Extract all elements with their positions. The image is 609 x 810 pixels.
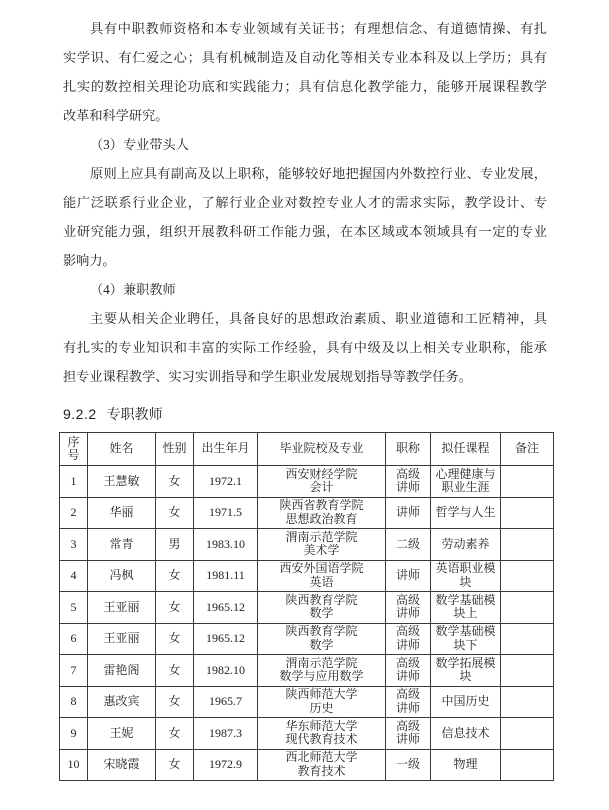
cell-birth-date: 1965.12 (194, 623, 258, 655)
section-heading-fulltime-teachers: 9.2.2专职教师 (63, 401, 547, 428)
cell-notes (501, 529, 554, 561)
cell-birth-date: 1987.3 (194, 718, 258, 750)
cell-name: 王妮 (88, 718, 156, 750)
cell-title: 讲师 (386, 560, 431, 592)
cell-birth-date: 1981.11 (194, 560, 258, 592)
cell-gender: 女 (156, 655, 194, 687)
cell-courses: 心理健康与 职业生涯 (431, 466, 501, 498)
cell-birth-date: 1972.9 (194, 749, 258, 781)
cell-birth-date: 1983.10 (194, 529, 258, 561)
cell-gender: 女 (156, 686, 194, 718)
cell-title: 高级 讲师 (386, 655, 431, 687)
cell-courses: 物理 (431, 749, 501, 781)
section-title: 专职教师 (107, 408, 163, 423)
cell-notes (501, 623, 554, 655)
header-courses: 拟任课程 (431, 433, 501, 466)
header-serial-number: 序 号 (60, 433, 88, 466)
paragraph-teacher-requirements: 具有中职教师资格和本专业领域有关证书；有理想信念、有道德情操、有扎实学识、有仁爱… (63, 14, 547, 130)
cell-notes (501, 592, 554, 624)
cell-school-major: 渭南示范学院 美术学 (258, 529, 386, 561)
table-row: 7 雷艳阁 女 1982.10 渭南示范学院 数学与应用数学 高级 讲师 数学拓… (60, 655, 554, 687)
cell-serial-number: 4 (60, 560, 88, 592)
paragraph-line: 扎实的数控相关理论功底和实践能力；具有信息化教学能力，能够开展课程教学 (63, 72, 547, 101)
cell-school-major: 陕西省教育学院 思想政治教育 (258, 497, 386, 529)
cell-gender: 女 (156, 623, 194, 655)
cell-serial-number: 2 (60, 497, 88, 529)
cell-title: 讲师 (386, 497, 431, 529)
heading-parttime-teachers: （4）兼职教师 (63, 275, 547, 304)
table-row: 6 王亚丽 女 1965.12 陕西教育学院 数学 高级 讲师 数学基础模 块下 (60, 623, 554, 655)
teachers-table: 序 号 姓名 性别 出生年月 毕业院校及专业 职称 拟任课程 备注 1 (59, 432, 554, 781)
header-title: 职称 (386, 433, 431, 466)
cell-title: 高级 讲师 (386, 718, 431, 750)
cell-title: 高级 讲师 (386, 623, 431, 655)
cell-gender: 女 (156, 466, 194, 498)
cell-birth-date: 1965.12 (194, 592, 258, 624)
cell-courses: 数学拓展模 块 (431, 655, 501, 687)
header-school-major: 毕业院校及专业 (258, 433, 386, 466)
document-page: 具有中职教师资格和本专业领域有关证书；有理想信念、有道德情操、有扎实学识、有仁爱… (0, 0, 609, 810)
cell-courses: 哲学与人生 (431, 497, 501, 529)
cell-name: 惠改宾 (88, 686, 156, 718)
cell-birth-date: 1972.1 (194, 466, 258, 498)
paragraph-line: 有扎实的专业知识和丰富的实际工作经验，具有中级及以上相关专业职称，能承 (63, 333, 547, 362)
cell-title: 一级 (386, 749, 431, 781)
paragraph-parttime-teachers: 主要从相关企业聘任，具备良好的思想政治素质、职业道德和工匠精神，具有扎实的专业知… (63, 304, 547, 391)
cell-name: 宋晓霞 (88, 749, 156, 781)
table-row: 1 王慧敏 女 1972.1 西安财经学院 会计 高级 讲师 心理健康与 职业生… (60, 466, 554, 498)
table-row: 4 冯枫 女 1981.11 西安外国语学院 英语 讲师 英语职业模 块 (60, 560, 554, 592)
cell-serial-number: 8 (60, 686, 88, 718)
header-name: 姓名 (88, 433, 156, 466)
cell-gender: 男 (156, 529, 194, 561)
paragraph-line: 具有中职教师资格和本专业领域有关证书；有理想信念、有道德情操、有扎 (63, 14, 547, 43)
cell-gender: 女 (156, 749, 194, 781)
header-notes: 备注 (501, 433, 554, 466)
paragraph-line: 业研究能力强，组织开展教科研工作能力强，在本区域或本领域具有一定的专业 (63, 217, 547, 246)
table-row: 8 惠改宾 女 1965.7 陕西师范大学 历史 高级 讲师 中国历史 (60, 686, 554, 718)
cell-title: 高级 讲师 (386, 592, 431, 624)
cell-title: 高级 讲师 (386, 466, 431, 498)
cell-school-major: 陕西教育学院 数学 (258, 592, 386, 624)
table-row: 10 宋晓霞 女 1972.9 西北师范大学 教育技术 一级 物理 (60, 749, 554, 781)
heading-professional-leader: （3）专业带头人 (63, 130, 547, 159)
cell-notes (501, 560, 554, 592)
cell-notes (501, 749, 554, 781)
cell-birth-date: 1971.5 (194, 497, 258, 529)
cell-name: 冯枫 (88, 560, 156, 592)
cell-gender: 女 (156, 497, 194, 529)
cell-title: 二级 (386, 529, 431, 561)
cell-serial-number: 7 (60, 655, 88, 687)
document-body: 具有中职教师资格和本专业领域有关证书；有理想信念、有道德情操、有扎实学识、有仁爱… (63, 14, 547, 781)
cell-name: 华丽 (88, 497, 156, 529)
cell-notes (501, 655, 554, 687)
cell-notes (501, 466, 554, 498)
cell-courses: 劳动素养 (431, 529, 501, 561)
cell-serial-number: 5 (60, 592, 88, 624)
cell-school-major: 渭南示范学院 数学与应用数学 (258, 655, 386, 687)
cell-serial-number: 3 (60, 529, 88, 561)
cell-courses: 数学基础模 块下 (431, 623, 501, 655)
cell-name: 王亚丽 (88, 592, 156, 624)
cell-name: 王亚丽 (88, 623, 156, 655)
cell-serial-number: 10 (60, 749, 88, 781)
cell-school-major: 西安外国语学院 英语 (258, 560, 386, 592)
paragraph-line: 能广泛联系行业企业，了解行业企业对数控专业人才的需求实际，教学设计、专 (63, 188, 547, 217)
cell-courses: 中国历史 (431, 686, 501, 718)
table-row: 2 华丽 女 1971.5 陕西省教育学院 思想政治教育 讲师 哲学与人生 (60, 497, 554, 529)
paragraph-line: 影响力。 (63, 246, 547, 275)
header-birth-date: 出生年月 (194, 433, 258, 466)
cell-school-major: 西安财经学院 会计 (258, 466, 386, 498)
cell-serial-number: 1 (60, 466, 88, 498)
cell-birth-date: 1965.7 (194, 686, 258, 718)
paragraph-line: 改革和科学研究。 (63, 101, 547, 130)
paragraph-line: 主要从相关企业聘任，具备良好的思想政治素质、职业道德和工匠精神，具 (63, 304, 547, 333)
section-number: 9.2.2 (63, 406, 97, 422)
cell-serial-number: 6 (60, 623, 88, 655)
cell-school-major: 陕西师范大学 历史 (258, 686, 386, 718)
table-row: 5 王亚丽 女 1965.12 陕西教育学院 数学 高级 讲师 数学基础模 块上 (60, 592, 554, 624)
cell-gender: 女 (156, 592, 194, 624)
cell-notes (501, 497, 554, 529)
paragraph-professional-leader: 原则上应具有副高及以上职称，能够较好地把握国内外数控行业、专业发展，能广泛联系行… (63, 159, 547, 275)
cell-name: 雷艳阁 (88, 655, 156, 687)
paragraph-line: 担专业课程教学、实习实训指导和学生职业发展规划指导等教学任务。 (63, 362, 547, 391)
cell-birth-date: 1982.10 (194, 655, 258, 687)
table-row: 9 王妮 女 1987.3 华东师范大学 现代教育技术 高级 讲师 信息技术 (60, 718, 554, 750)
teachers-table-wrapper: 序 号 姓名 性别 出生年月 毕业院校及专业 职称 拟任课程 备注 1 (59, 432, 553, 781)
cell-gender: 女 (156, 718, 194, 750)
cell-notes (501, 686, 554, 718)
table-row: 3 常青 男 1983.10 渭南示范学院 美术学 二级 劳动素养 (60, 529, 554, 561)
table-header-row: 序 号 姓名 性别 出生年月 毕业院校及专业 职称 拟任课程 备注 (60, 433, 554, 466)
cell-serial-number: 9 (60, 718, 88, 750)
paragraph-line: 实学识、有仁爱之心；具有机械制造及自动化等相关专业本科及以上学历；具有 (63, 43, 547, 72)
cell-courses: 数学基础模 块上 (431, 592, 501, 624)
cell-school-major: 西北师范大学 教育技术 (258, 749, 386, 781)
cell-title: 高级 讲师 (386, 686, 431, 718)
cell-school-major: 陕西教育学院 数学 (258, 623, 386, 655)
cell-notes (501, 718, 554, 750)
cell-name: 王慧敏 (88, 466, 156, 498)
cell-courses: 信息技术 (431, 718, 501, 750)
cell-school-major: 华东师范大学 现代教育技术 (258, 718, 386, 750)
cell-gender: 女 (156, 560, 194, 592)
header-gender: 性别 (156, 433, 194, 466)
paragraph-line: 原则上应具有副高及以上职称，能够较好地把握国内外数控行业、专业发展， (63, 159, 547, 188)
cell-name: 常青 (88, 529, 156, 561)
cell-courses: 英语职业模 块 (431, 560, 501, 592)
